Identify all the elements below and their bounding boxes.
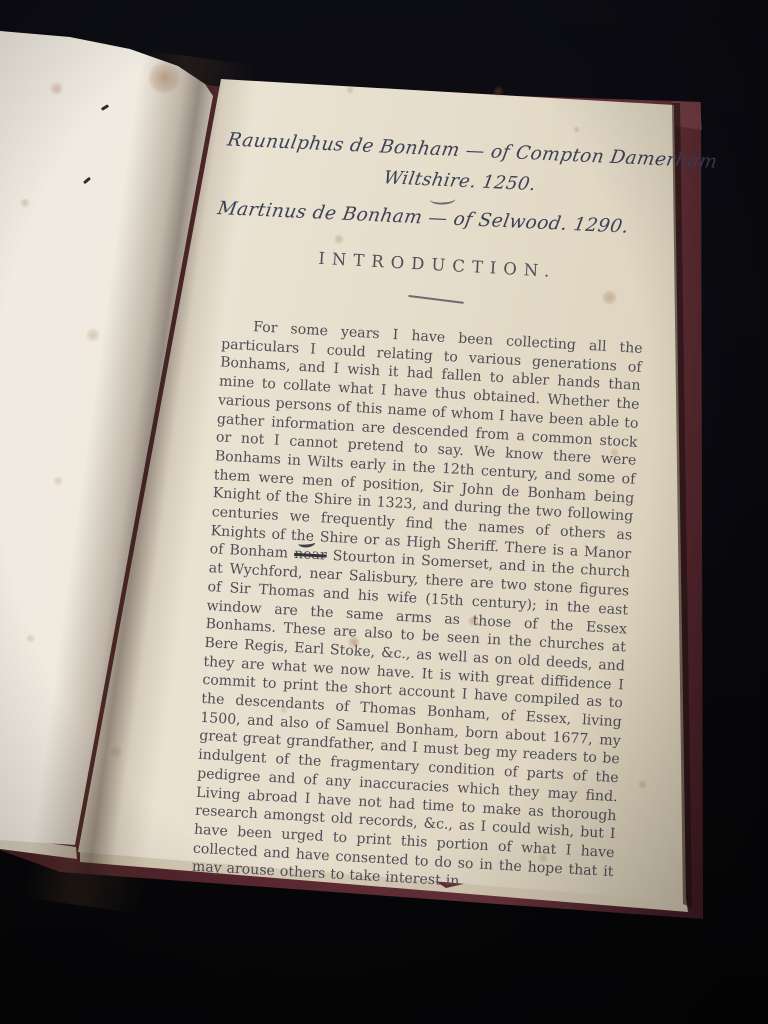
struck-word-near: near: [294, 546, 327, 564]
paragraph-segment-1: For some years I have been collecting al…: [209, 319, 643, 562]
paragraph-segment-2: Stourton in Somerset, and in the church …: [192, 548, 631, 890]
struck-word-text: near: [294, 546, 327, 564]
handwriting-line-2: Wiltshire. 1250.: [382, 167, 663, 200]
heading-rule: [408, 295, 464, 304]
introduction-paragraph: For some years I have been collecting al…: [176, 316, 660, 902]
chapter-heading: INTRODUCTION.: [211, 243, 664, 287]
handwritten-annotation: Raunulphus de Bonham — of Compton Damerh…: [223, 129, 662, 243]
handwriting-line-1: Raunulphus de Bonham — of Compton Damerh…: [226, 130, 665, 171]
page-content: Raunulphus de Bonham — of Compton Damerh…: [176, 79, 673, 903]
photo-of-open-book: Raunulphus de Bonham — of Compton Damerh…: [0, 0, 768, 1024]
pen-flourish: [429, 193, 455, 205]
